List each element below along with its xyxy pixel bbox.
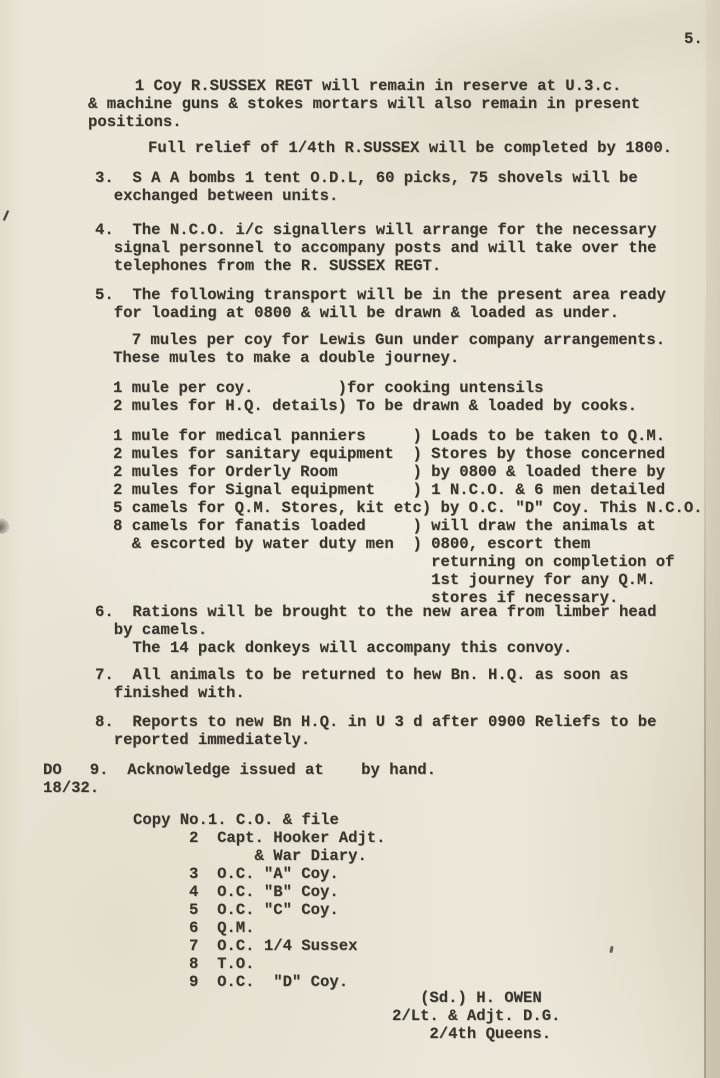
typed-line: The 14 pack donkeys will accompany this … xyxy=(95,639,656,657)
list-item: 5 O.C. "C" Coy. xyxy=(189,901,386,919)
typed-line: by camels. xyxy=(95,621,656,639)
typed-line: positions. xyxy=(88,113,640,131)
table-row: returning on completion of xyxy=(113,553,703,571)
typed-line: 4. The N.C.O. i/c signallers will arrang… xyxy=(95,221,656,239)
typed-line: & machine guns & stokes mortars will als… xyxy=(88,95,640,113)
typed-line: 8. Reports to new Bn H.Q. in U 3 d after… xyxy=(95,713,656,731)
typed-line: 7 mules per coy for Lewis Gun under comp… xyxy=(113,331,665,349)
ink-fleck xyxy=(609,946,613,953)
table-row: 1 mule for medical panniers ) Loads to b… xyxy=(113,427,703,445)
table-row: 2 mules for sanitary equipment ) Stores … xyxy=(113,445,703,463)
page-edge-line xyxy=(704,290,706,1078)
typed-line: 2 mules for H.Q. details) To be drawn & … xyxy=(113,397,637,415)
typed-line: 6. Rations will be brought to the new ar… xyxy=(95,603,656,621)
typed-line: reported immediately. xyxy=(95,731,656,749)
ink-smudge xyxy=(0,516,12,537)
typed-line: telephones from the R. SUSSEX REGT. xyxy=(95,257,656,275)
list-item: 3 O.C. "A" Coy. xyxy=(189,865,386,883)
table-row: 1st journey for any Q.M. xyxy=(113,571,703,589)
typed-line: for loading at 0800 & will be drawn & lo… xyxy=(95,304,666,322)
typed-line: 2/4th Queens. xyxy=(392,1025,560,1043)
list-item: 6 Q.M. xyxy=(189,919,386,937)
typed-line: 5. The following transport will be in th… xyxy=(95,286,666,304)
typed-line: 2/Lt. & Adjt. D.G. xyxy=(392,1007,560,1025)
document-page: 5. 1 Coy R.SUSSEX REGT will remain in re… xyxy=(0,0,720,1078)
typed-line: DO 9. Acknowledge issued at by hand. xyxy=(43,761,436,779)
table-row: 2 mules for Orderly Room ) by 0800 & loa… xyxy=(113,463,703,481)
item-9-acknowledge: DO 9. Acknowledge issued at by hand. 18/… xyxy=(43,761,436,797)
page-number: 5. xyxy=(684,30,703,48)
paragraph-mules-lewis: 7 mules per coy for Lewis Gun under comp… xyxy=(113,331,665,367)
table-row: 2 mules for Signal equipment ) 1 N.C.O. … xyxy=(113,481,703,499)
typed-line: exchanged between units. xyxy=(95,187,638,205)
item-8: 8. Reports to new Bn H.Q. in U 3 d after… xyxy=(95,713,656,749)
typed-line: 7. All animals to be returned to hew Bn.… xyxy=(95,666,628,684)
table-row: & escorted by water duty men ) 0800, esc… xyxy=(113,535,703,553)
typed-line: Copy No.1. C.O. & file xyxy=(133,811,339,829)
paragraph-reserve: 1 Coy R.SUSSEX REGT will remain in reser… xyxy=(88,77,640,131)
item-3: 3. S A A bombs 1 tent O.D.L, 60 picks, 7… xyxy=(95,169,638,205)
copy-list-header: Copy No.1. C.O. & file xyxy=(133,811,339,829)
typed-line: signal personnel to accompany posts and … xyxy=(95,239,656,257)
item-4: 4. The N.C.O. i/c signallers will arrang… xyxy=(95,221,656,275)
list-item: & War Diary. xyxy=(189,847,386,865)
item-7: 7. All animals to be returned to hew Bn.… xyxy=(95,666,628,702)
typed-line: 18/32. xyxy=(43,779,436,797)
paragraph-relief: Full relief of 1/4th R.SUSSEX will be co… xyxy=(148,139,672,157)
typed-line: finished with. xyxy=(95,684,628,702)
list-item: 9 O.C. "D" Coy. xyxy=(189,973,386,991)
typed-line: 3. S A A bombs 1 tent O.D.L, 60 picks, 7… xyxy=(95,169,638,187)
copy-distribution-list: 2 Capt. Hooker Adjt. & War Diary. 3 O.C.… xyxy=(189,829,386,991)
signature-block: (Sd.) H. OWEN 2/Lt. & Adjt. D.G. 2/4th Q… xyxy=(392,989,560,1043)
page-edge-shadow xyxy=(706,0,720,1078)
typed-line: 1 mule per coy. )for cooking untensils xyxy=(113,379,637,397)
typed-line: 1 Coy R.SUSSEX REGT will remain in reser… xyxy=(88,77,640,95)
list-item: 2 Capt. Hooker Adjt. xyxy=(189,829,386,847)
ink-mark xyxy=(3,210,9,221)
transport-table: 1 mule for medical panniers ) Loads to b… xyxy=(113,427,703,607)
paragraph-mules-cooking: 1 mule per coy. )for cooking untensils 2… xyxy=(113,379,637,415)
list-item: 7 O.C. 1/4 Sussex xyxy=(189,937,386,955)
typed-line: These mules to make a double journey. xyxy=(113,349,665,367)
typed-line: (Sd.) H. OWEN xyxy=(392,989,560,1007)
item-6: 6. Rations will be brought to the new ar… xyxy=(95,603,656,657)
table-row: 8 camels for fanatis loaded ) will draw … xyxy=(113,517,703,535)
list-item: 8 T.O. xyxy=(189,955,386,973)
list-item: 4 O.C. "B" Coy. xyxy=(189,883,386,901)
typed-line: Full relief of 1/4th R.SUSSEX will be co… xyxy=(148,139,672,157)
item-5: 5. The following transport will be in th… xyxy=(95,286,666,322)
table-row: 5 camels for Q.M. Stores, kit etc) by O.… xyxy=(113,499,703,517)
